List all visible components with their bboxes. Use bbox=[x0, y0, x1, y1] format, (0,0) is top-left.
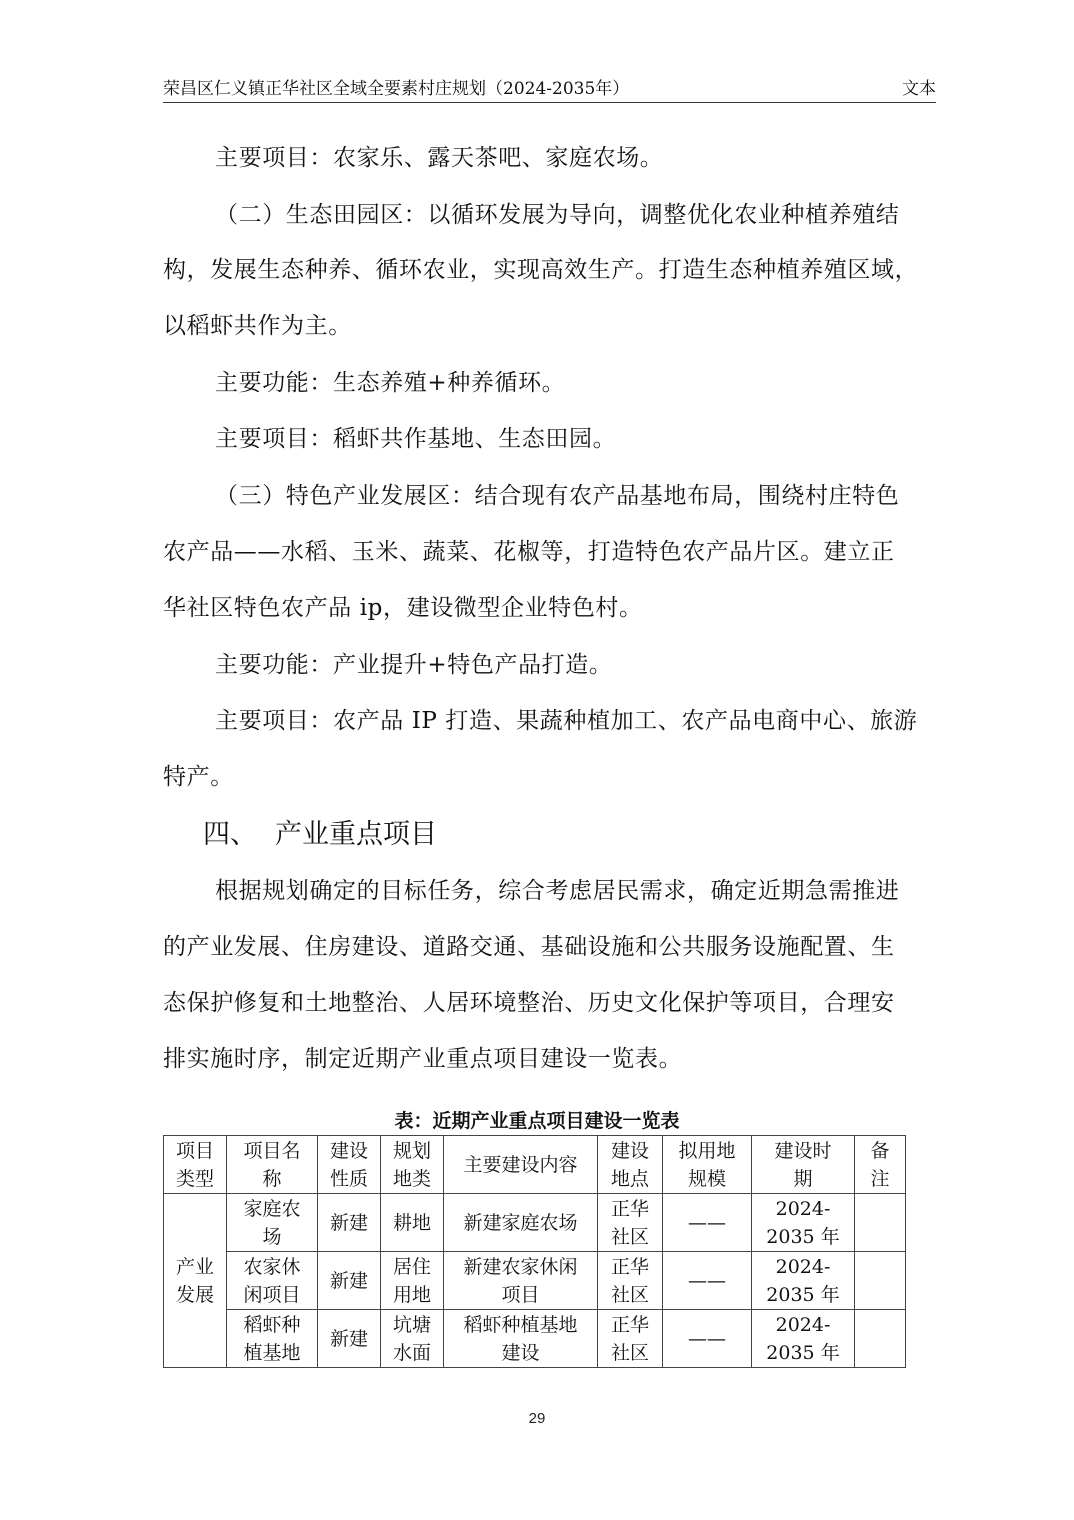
paragraph-line: 排实施时序，制定近期产业重点项目建设一览表。 bbox=[163, 1044, 947, 1074]
paragraph-line: 构，发展生态种养、循环农业，实现高效生产。打造生态种植养殖区域， bbox=[163, 255, 947, 285]
land-cell: 耕地 bbox=[381, 1194, 444, 1252]
group-cell: 产业发展 bbox=[164, 1194, 227, 1368]
header-cell: 规划地类 bbox=[381, 1136, 444, 1194]
content-cell: 稻虾种植基地建设 bbox=[444, 1310, 598, 1368]
section-number: 四、 bbox=[203, 818, 275, 852]
paragraph-line: 主要功能：生态养殖+种养循环。 bbox=[215, 368, 947, 398]
period-cell: 2024-2035 年 bbox=[752, 1252, 855, 1310]
page-number: 29 bbox=[0, 1410, 1074, 1427]
table-row: 农家休闲项目 新建 居住用地 新建农家休闲项目 正华社区 —— 2024-203… bbox=[164, 1252, 906, 1310]
header-cell: 建设性质 bbox=[318, 1136, 381, 1194]
header-cell: 项目类型 bbox=[164, 1136, 227, 1194]
paragraph-line: 的产业发展、住房建设、道路交通、基础设施和公共服务设施配置、生 bbox=[163, 932, 947, 962]
table-header-row: 项目类型 项目名称 建设性质 规划地类 主要建设内容 建设地点 拟用地规模 建设… bbox=[164, 1136, 906, 1194]
period-cell: 2024-2035 年 bbox=[752, 1310, 855, 1368]
paragraph-line: （三）特色产业发展区：结合现有农产品基地布局，围绕村庄特色 bbox=[215, 481, 947, 511]
paragraph-line: 华社区特色农产品 ip，建设微型企业特色村。 bbox=[163, 593, 947, 623]
name-cell: 家庭农场 bbox=[227, 1194, 318, 1252]
header-cell: 建设地点 bbox=[598, 1136, 663, 1194]
name-cell: 稻虾种植基地 bbox=[227, 1310, 318, 1368]
project-table: 项目类型 项目名称 建设性质 规划地类 主要建设内容 建设地点 拟用地规模 建设… bbox=[163, 1135, 906, 1368]
paragraph-line: 主要项目：农家乐、露天茶吧、家庭农场。 bbox=[215, 143, 947, 173]
page-header: 荣昌区仁义镇正华社区全域全要素村庄规划（2024-2035年） 文本 bbox=[163, 76, 936, 103]
period-cell: 2024-2035 年 bbox=[752, 1194, 855, 1252]
land-cell: 坑塘水面 bbox=[381, 1310, 444, 1368]
section-title: 产业重点项目 bbox=[275, 819, 437, 850]
header-cell: 建设时期 bbox=[752, 1136, 855, 1194]
paragraph-line: （二）生态田园区：以循环发展为导向，调整优化农业种植养殖结 bbox=[215, 200, 947, 230]
scale-cell: —— bbox=[663, 1310, 752, 1368]
nature-cell: 新建 bbox=[318, 1194, 381, 1252]
paragraph-line: 主要项目：稻虾共作基地、生态田园。 bbox=[215, 424, 947, 454]
section-heading: 四、产业重点项目 bbox=[203, 818, 437, 852]
content-cell: 新建家庭农场 bbox=[444, 1194, 598, 1252]
land-cell: 居住用地 bbox=[381, 1252, 444, 1310]
table-caption: 表：近期产业重点项目建设一览表 bbox=[0, 1106, 1074, 1133]
note-cell bbox=[855, 1310, 906, 1368]
nature-cell: 新建 bbox=[318, 1310, 381, 1368]
scale-cell: —— bbox=[663, 1252, 752, 1310]
location-cell: 正华社区 bbox=[598, 1252, 663, 1310]
note-cell bbox=[855, 1252, 906, 1310]
document-title: 荣昌区仁义镇正华社区全域全要素村庄规划（2024-2035年） bbox=[163, 76, 629, 102]
content-cell: 新建农家休闲项目 bbox=[444, 1252, 598, 1310]
paragraph-line: 主要项目：农产品 IP 打造、果蔬种植加工、农产品电商中心、旅游 bbox=[215, 706, 947, 736]
location-cell: 正华社区 bbox=[598, 1310, 663, 1368]
header-cell: 拟用地规模 bbox=[663, 1136, 752, 1194]
header-cell: 项目名称 bbox=[227, 1136, 318, 1194]
paragraph-line: 特产。 bbox=[163, 762, 947, 792]
paragraph-line: 农产品——水稻、玉米、蔬菜、花椒等，打造特色农产品片区。建立正 bbox=[163, 537, 947, 567]
table-row: 产业发展 家庭农场 新建 耕地 新建家庭农场 正华社区 —— 2024-2035… bbox=[164, 1194, 906, 1252]
name-cell: 农家休闲项目 bbox=[227, 1252, 318, 1310]
document-tag: 文本 bbox=[902, 76, 936, 102]
paragraph-line: 主要功能：产业提升+特色产品打造。 bbox=[215, 650, 947, 680]
header-cell: 备注 bbox=[855, 1136, 906, 1194]
paragraph-line: 以稻虾共作为主。 bbox=[163, 311, 947, 341]
paragraph-line: 根据规划确定的目标任务，综合考虑居民需求，确定近期急需推进 bbox=[215, 876, 947, 906]
nature-cell: 新建 bbox=[318, 1252, 381, 1310]
location-cell: 正华社区 bbox=[598, 1194, 663, 1252]
note-cell bbox=[855, 1194, 906, 1252]
header-cell: 主要建设内容 bbox=[444, 1136, 598, 1194]
table-row: 稻虾种植基地 新建 坑塘水面 稻虾种植基地建设 正华社区 —— 2024-203… bbox=[164, 1310, 906, 1368]
paragraph-line: 态保护修复和土地整治、人居环境整治、历史文化保护等项目，合理安 bbox=[163, 988, 947, 1018]
scale-cell: —— bbox=[663, 1194, 752, 1252]
